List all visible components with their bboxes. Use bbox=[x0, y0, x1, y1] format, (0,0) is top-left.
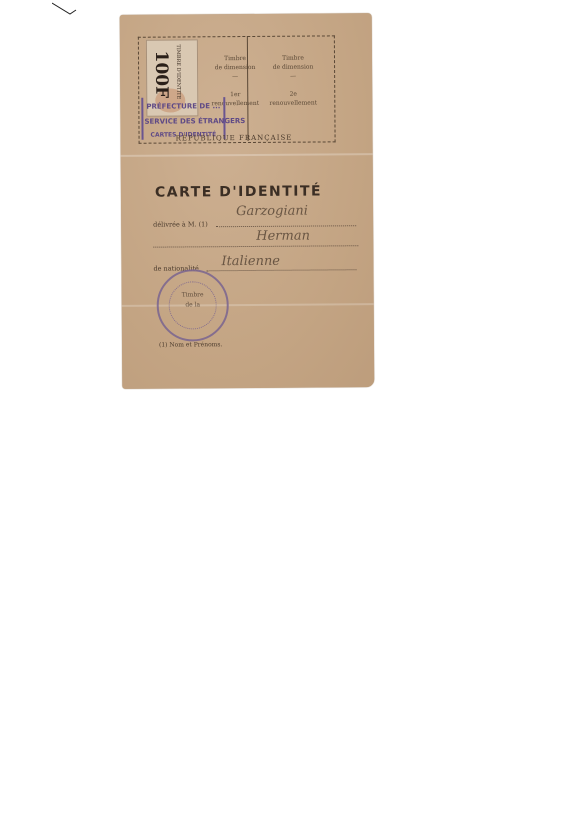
republic-header: RÉPUBLIQUE FRANÇAISE bbox=[176, 134, 293, 143]
scan-mark-icon bbox=[52, 2, 78, 16]
right-box-label: Timbre de dimension — 2e renouvellement bbox=[263, 53, 323, 107]
firstname-handwritten: Herman bbox=[256, 229, 310, 244]
identity-card: 100F TIMBRE D'IDENTITE Timbre de dimensi… bbox=[120, 13, 375, 389]
purple-stamp-line1: PRÉFECTURE DE ... bbox=[146, 102, 220, 111]
footnote: (1) Nom et Prénoms. bbox=[159, 341, 222, 348]
purple-stamp-line2: SERVICE DES ÉTRANGERS bbox=[144, 117, 245, 126]
left-box-label: Timbre de dimension — 1er renouvellement bbox=[205, 54, 265, 108]
stamp-text: TIMBRE D'IDENTITE bbox=[175, 44, 181, 99]
card-title: CARTE D'IDENTITÉ bbox=[155, 183, 322, 200]
purple-stamp-border bbox=[223, 97, 225, 139]
nationality-handwritten: Italienne bbox=[221, 254, 280, 269]
fold-line bbox=[121, 153, 373, 157]
purple-stamp-border bbox=[141, 98, 143, 140]
name-handwritten: Garzogiani bbox=[236, 204, 308, 220]
round-seal: Timbre de la bbox=[156, 269, 229, 342]
stamp-value: 100F bbox=[151, 51, 171, 99]
delivered-label: délivrée à M. (1) bbox=[153, 220, 208, 228]
